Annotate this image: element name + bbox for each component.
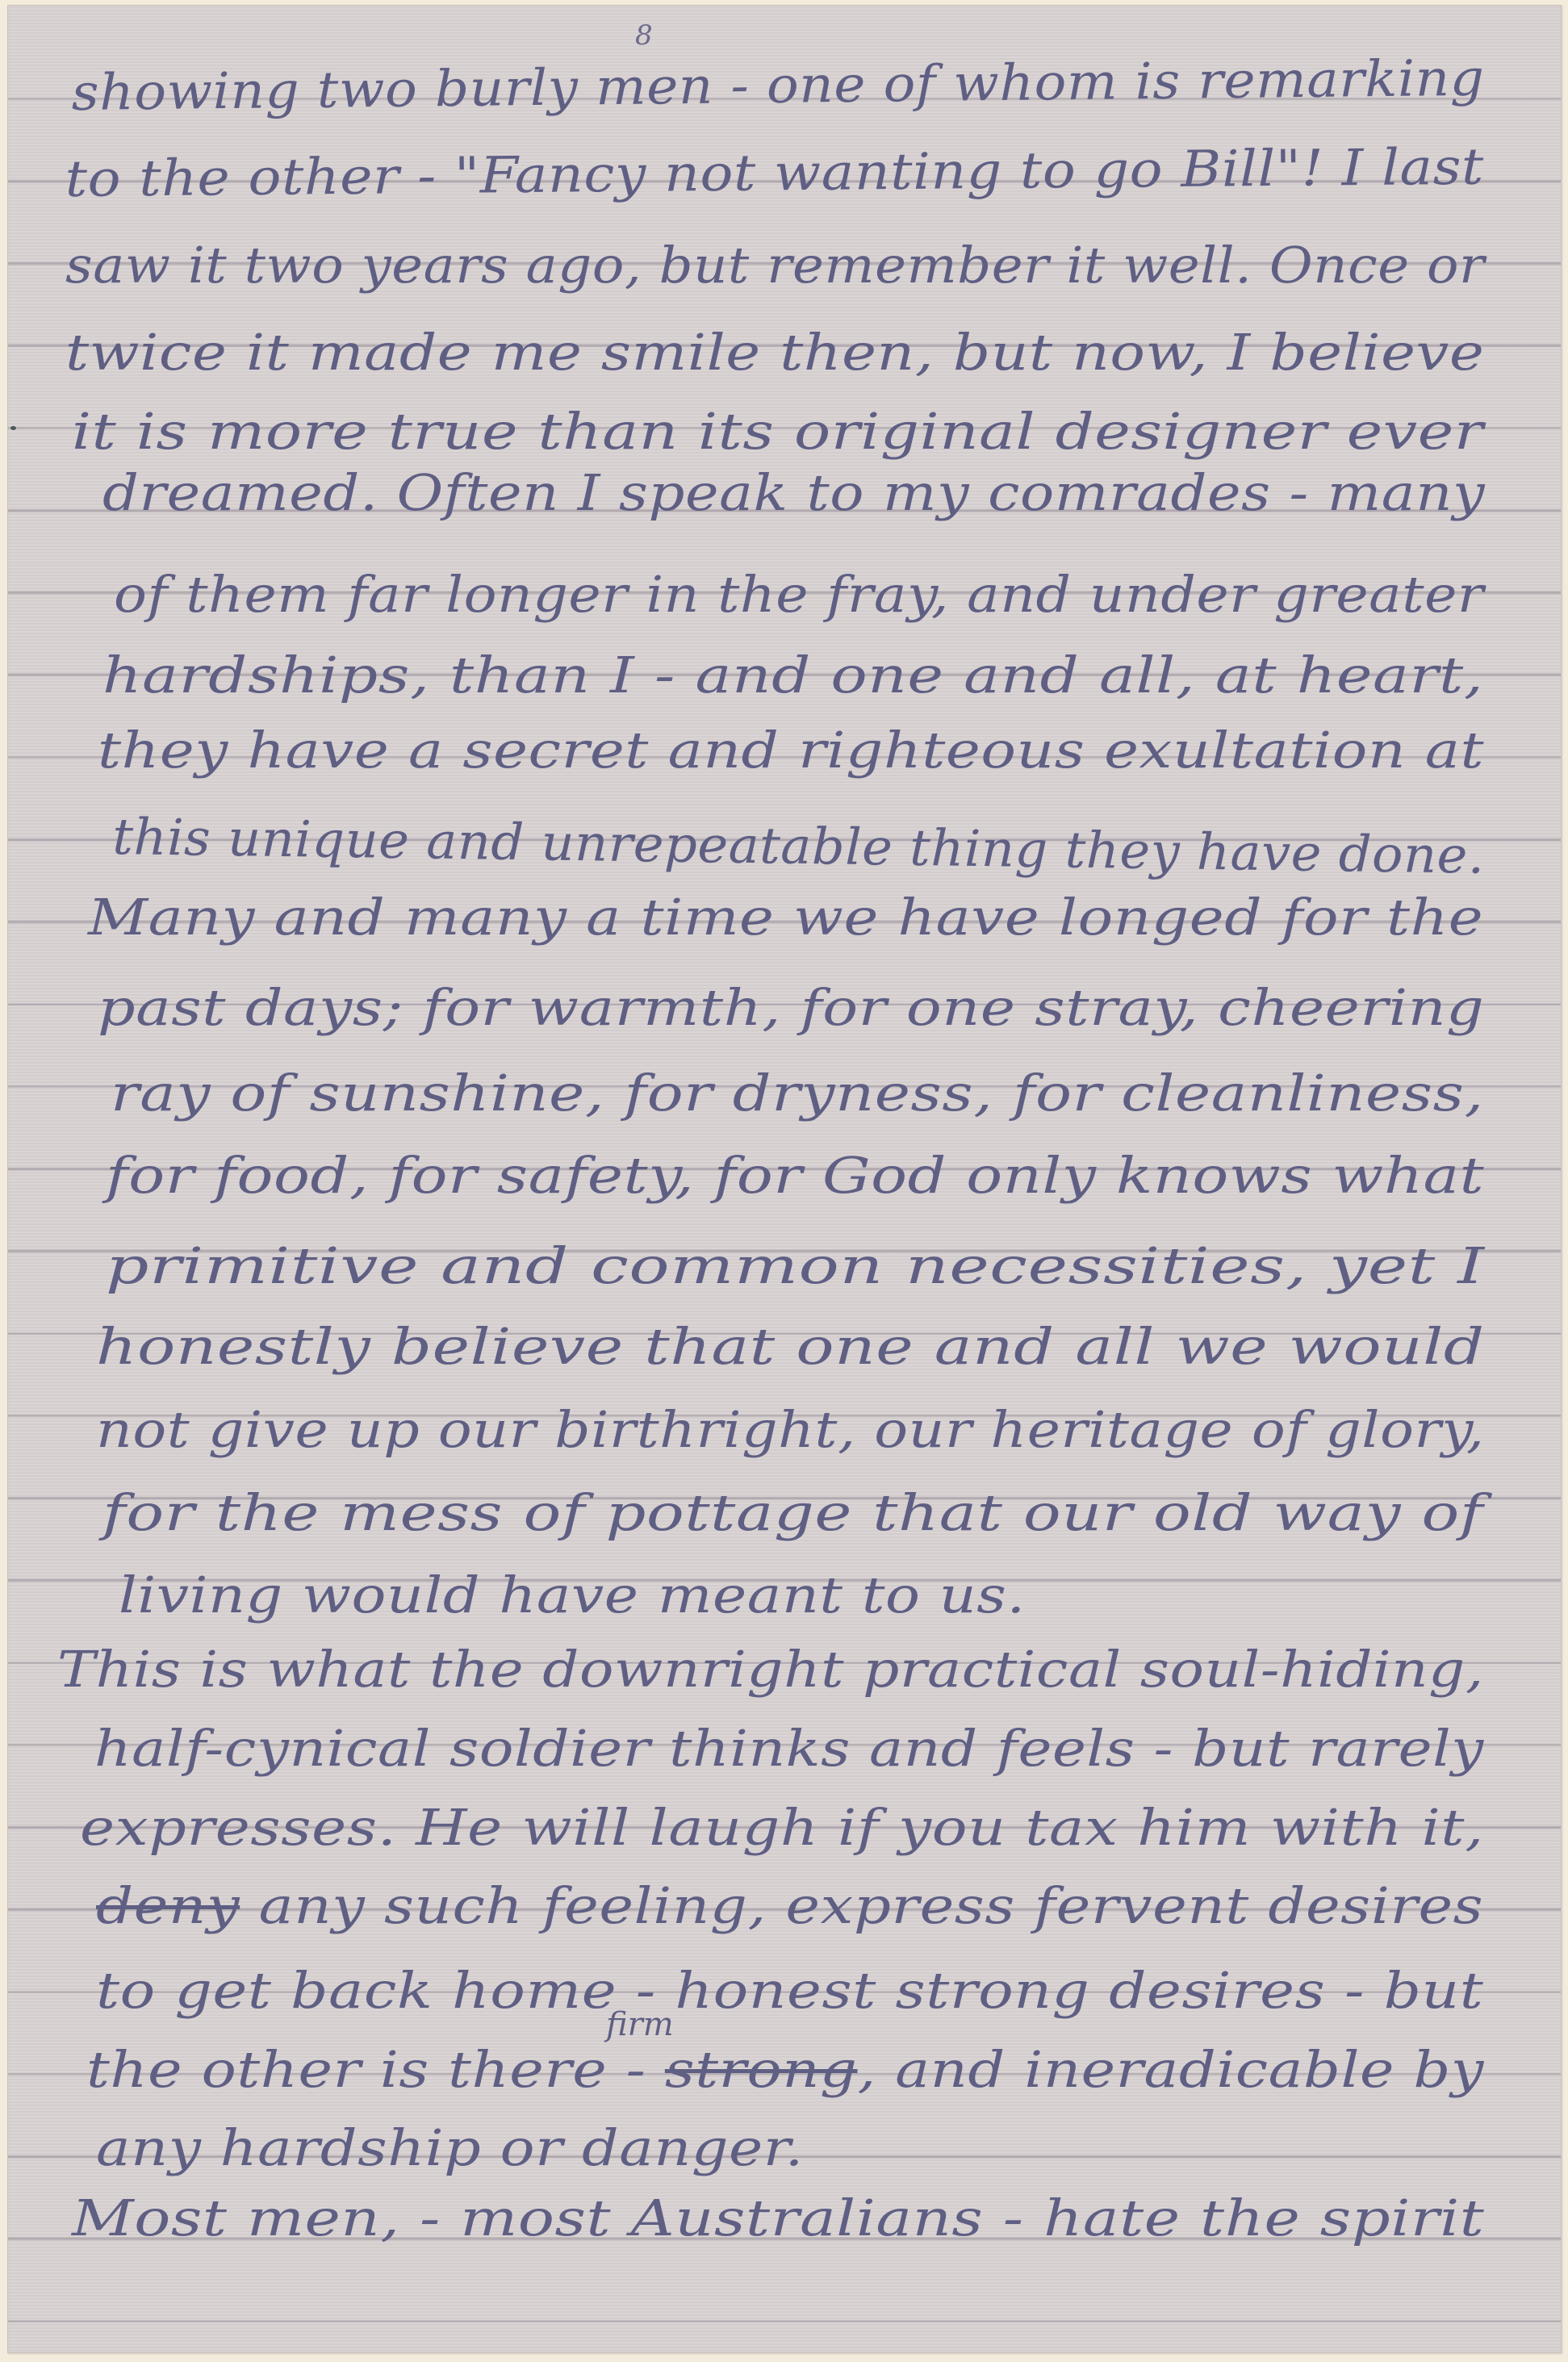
- handwritten-line: Many and many a time we have longed for …: [88, 893, 1483, 943]
- struck-word: strong: [665, 2040, 858, 2099]
- handwritten-line: past days; for warmth, for one stray, ch…: [98, 983, 1484, 1033]
- line-text: any such feeling, express fervent desire…: [240, 1876, 1483, 1935]
- handwritten-line: not give up our birthright, our heritage…: [96, 1405, 1485, 1455]
- handwritten-line: for food, for safety, for God only knows…: [106, 1151, 1484, 1201]
- line-text: the other is there -: [86, 2040, 665, 2099]
- handwritten-line: to get back home - honest strong desires…: [96, 1966, 1483, 2016]
- handwritten-line: primitive and common necessities, yet I: [106, 1241, 1485, 1291]
- handwritten-line: the other is there - strong, and ineradi…: [86, 2045, 1484, 2095]
- handwritten-line: honestly believe that one and all we wou…: [96, 1322, 1485, 1372]
- page-number: 8: [635, 19, 653, 52]
- handwritten-line: they have a secret and righteous exultat…: [98, 725, 1484, 775]
- inserted-word: firm: [606, 2006, 674, 2043]
- line-text: , and ineradicable by: [858, 2040, 1484, 2099]
- handwritten-line: of them far longer in the fray, and unde…: [114, 570, 1484, 620]
- handwritten-line: it is more true than its original design…: [72, 407, 1483, 457]
- margin-ink-mark: [10, 426, 16, 430]
- handwritten-line: twice it made me smile then, but now, I …: [65, 328, 1484, 378]
- handwritten-line: dreamed. Often I speak to my comrades - …: [102, 468, 1485, 518]
- struck-word: deny: [96, 1876, 240, 1935]
- handwritten-line: to the other - "Fancy not wanting to go …: [65, 142, 1484, 204]
- handwritten-line: living would have meant to us.: [119, 1570, 1026, 1620]
- handwritten-line: deny any such feeling, express fervent d…: [96, 1881, 1483, 1931]
- handwritten-line: this unique and unrepeatable thing they …: [112, 812, 1485, 881]
- handwritten-line: expresses. He will laugh if you tax him …: [80, 1803, 1484, 1853]
- handwritten-line: half-cynical soldier thinks and feels - …: [94, 1724, 1484, 1774]
- handwritten-line: any hardship or danger.: [96, 2123, 804, 2173]
- handwritten-line: ray of sunshine, for dryness, for cleanl…: [111, 1068, 1484, 1118]
- handwritten-line: This is what the downright practical sou…: [57, 1645, 1484, 1695]
- letter-page: 8 showing two burly men - one of whom is…: [7, 5, 1562, 2353]
- handwritten-line: saw it two years ago, but remember it we…: [65, 240, 1485, 291]
- handwritten-line: showing two burly men - one of whom is r…: [71, 53, 1484, 118]
- handwritten-line: for the mess of pottage that our old way…: [102, 1488, 1483, 1538]
- handwritten-line: Most men, - most Australians - hate the …: [72, 2193, 1484, 2243]
- handwritten-line: hardships, than I - and one and all, at …: [102, 650, 1483, 700]
